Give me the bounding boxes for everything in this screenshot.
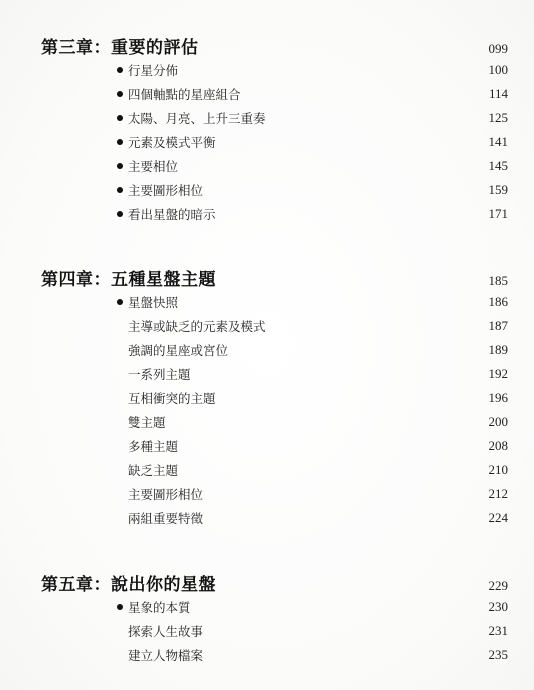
toc-entry[interactable]: 主導或缺乏的元素及模式 187 xyxy=(0,315,534,339)
toc-entry[interactable]: 兩組重要特徵 224 xyxy=(0,507,534,531)
entry-page-number: 114 xyxy=(489,86,508,102)
chapter-3: 第三章：重要的評估 099 行星分佈 100 四個軸點的星座組合 114 太陽、… xyxy=(0,33,534,227)
entry-page-number: 187 xyxy=(489,318,509,334)
entry-label: 多種主題 xyxy=(128,437,178,455)
bullet-icon xyxy=(117,604,123,610)
entry-label: 元素及模式平衡 xyxy=(128,133,216,151)
toc-entry[interactable]: 看出星盤的暗示 171 xyxy=(0,203,534,227)
bullet-icon xyxy=(117,67,123,73)
toc-entry[interactable]: 元素及模式平衡 141 xyxy=(0,131,534,155)
entry-label: 主導或缺乏的元素及模式 xyxy=(128,317,266,335)
toc-entry[interactable]: 行星分佈 100 xyxy=(0,59,534,83)
chapter-page-number: 099 xyxy=(489,41,509,57)
toc-entry[interactable]: 雙主題 200 xyxy=(0,411,534,435)
entry-label: 主要相位 xyxy=(128,157,178,175)
entry-page-number: 231 xyxy=(489,623,509,639)
entry-page-number: 192 xyxy=(489,366,509,382)
entry-label: 兩組重要特徵 xyxy=(128,509,203,527)
entry-label: 四個軸點的星座組合 xyxy=(128,85,241,103)
entry-page-number: 208 xyxy=(489,438,509,454)
bullet-icon xyxy=(117,163,123,169)
entry-label: 主要圖形相位 xyxy=(128,485,203,503)
entry-label: 強調的星座或宮位 xyxy=(128,341,228,359)
entry-page-number: 235 xyxy=(489,647,509,663)
toc-entry[interactable]: 星盤快照 186 xyxy=(0,291,534,315)
bullet-icon xyxy=(117,299,123,305)
entry-page-number: 196 xyxy=(489,390,509,406)
chapter-title: 第五章：說出你的星盤 xyxy=(41,570,216,595)
toc-entry[interactable]: 多種主題 208 xyxy=(0,435,534,459)
toc-entry[interactable]: 主要圖形相位 159 xyxy=(0,179,534,203)
bullet-icon xyxy=(117,187,123,193)
bullet-icon xyxy=(117,91,123,97)
toc-page: 第三章：重要的評估 099 行星分佈 100 四個軸點的星座組合 114 太陽、… xyxy=(0,0,534,690)
entry-page-number: 212 xyxy=(489,486,509,502)
entry-page-number: 100 xyxy=(489,62,509,78)
toc-entry[interactable]: 強調的星座或宮位 189 xyxy=(0,339,534,363)
entry-label: 一系列主題 xyxy=(128,365,191,383)
chapter-title: 第三章：重要的評估 xyxy=(41,33,199,58)
chapter-heading-row[interactable]: 第五章：說出你的星盤 229 xyxy=(0,570,534,596)
toc-entry[interactable]: 缺乏主題 210 xyxy=(0,459,534,483)
entry-label: 缺乏主題 xyxy=(128,461,178,479)
entry-page-number: 159 xyxy=(489,182,509,198)
toc-entry[interactable]: 主要相位 145 xyxy=(0,155,534,179)
entry-page-number: 230 xyxy=(489,599,509,615)
entry-page-number: 210 xyxy=(489,462,509,478)
toc-entry[interactable]: 探索人生故事 231 xyxy=(0,620,534,644)
entry-page-number: 125 xyxy=(489,110,509,126)
entry-page-number: 224 xyxy=(489,510,509,526)
entry-page-number: 145 xyxy=(489,158,509,174)
chapter-title: 第四章：五種星盤主題 xyxy=(41,265,216,290)
toc-entry[interactable]: 四個軸點的星座組合 114 xyxy=(0,83,534,107)
chapter-page-number: 185 xyxy=(489,273,509,289)
entry-page-number: 141 xyxy=(489,134,509,150)
entry-label: 星盤快照 xyxy=(128,293,178,311)
entry-page-number: 186 xyxy=(489,294,509,310)
entry-label: 雙主題 xyxy=(128,413,166,431)
entry-label: 星象的本質 xyxy=(128,598,191,616)
entry-label: 主要圖形相位 xyxy=(128,181,203,199)
entry-label: 看出星盤的暗示 xyxy=(128,205,216,223)
entry-label: 行星分佈 xyxy=(128,61,178,79)
entry-label: 互相衝突的主題 xyxy=(128,389,216,407)
entry-page-number: 171 xyxy=(489,206,509,222)
chapter-page-number: 229 xyxy=(489,578,509,594)
chapter-5: 第五章：說出你的星盤 229 星象的本質 230 探索人生故事 231 建立人物… xyxy=(0,570,534,668)
toc-entry[interactable]: 建立人物檔案 235 xyxy=(0,644,534,668)
toc-entry[interactable]: 互相衝突的主題 196 xyxy=(0,387,534,411)
toc-entry[interactable]: 一系列主題 192 xyxy=(0,363,534,387)
chapter-heading-row[interactable]: 第三章：重要的評估 099 xyxy=(0,33,534,59)
entry-label: 建立人物檔案 xyxy=(128,646,203,664)
toc-entry[interactable]: 星象的本質 230 xyxy=(0,596,534,620)
bullet-icon xyxy=(117,115,123,121)
toc-entry[interactable]: 太陽、月亮、上升三重奏 125 xyxy=(0,107,534,131)
entry-page-number: 189 xyxy=(489,342,509,358)
toc-entry[interactable]: 主要圖形相位 212 xyxy=(0,483,534,507)
chapter-4: 第四章：五種星盤主題 185 星盤快照 186 主導或缺乏的元素及模式 187 … xyxy=(0,265,534,531)
bullet-icon xyxy=(117,139,123,145)
chapter-heading-row[interactable]: 第四章：五種星盤主題 185 xyxy=(0,265,534,291)
entry-label: 探索人生故事 xyxy=(128,622,203,640)
bullet-icon xyxy=(117,211,123,217)
entry-page-number: 200 xyxy=(489,414,509,430)
entry-label: 太陽、月亮、上升三重奏 xyxy=(128,109,266,127)
